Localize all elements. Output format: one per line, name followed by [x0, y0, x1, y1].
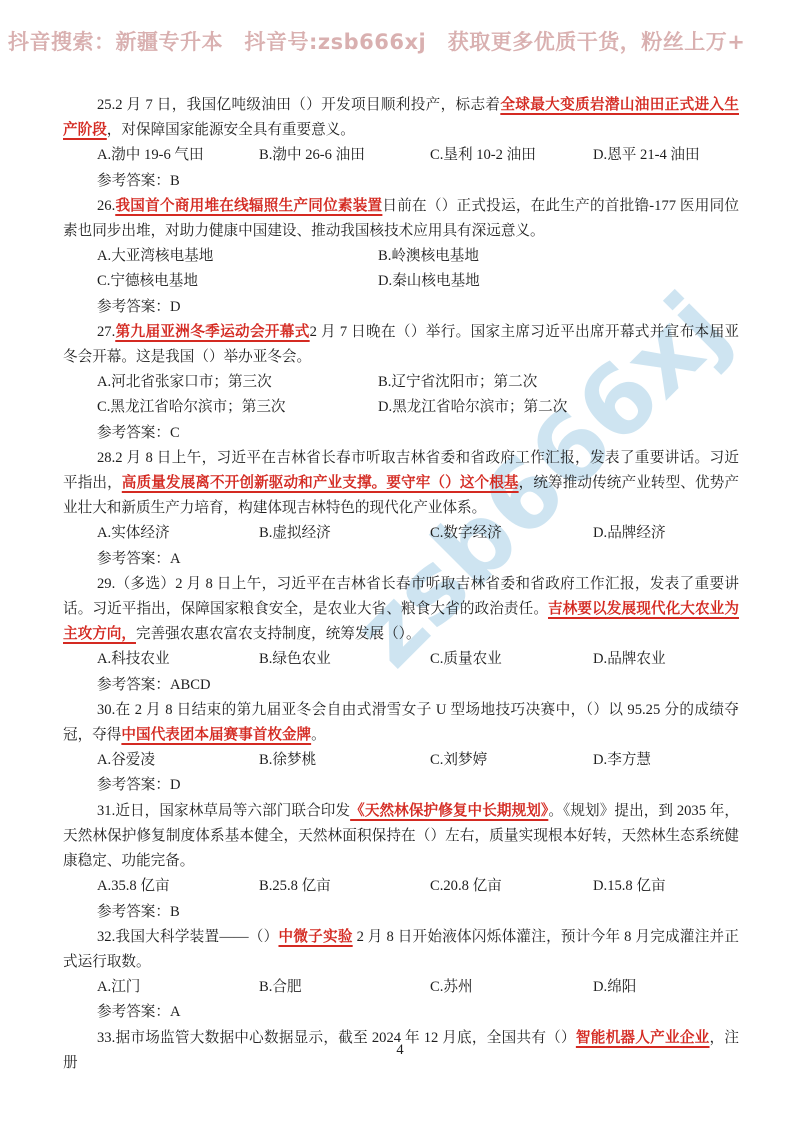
answer-prefix: 参考答案：	[97, 299, 170, 315]
option: C.刘梦婷	[430, 748, 593, 773]
question-block: 26.我国首个商用堆在线辐照生产同位素装置日前在（）正式投运，在此生产的首批镥-…	[63, 194, 739, 320]
question-plain-text: 。	[311, 727, 326, 743]
answer-line: 参考答案：D	[97, 295, 739, 320]
question-block: 27.第九届亚洲冬季运动会开幕式2 月 7 日晚在（）举行。国家主席习近平出席开…	[63, 320, 739, 446]
option: D.恩平 21-4 油田	[593, 143, 739, 168]
page-number: 4	[0, 1042, 800, 1059]
option: C.苏州	[430, 975, 593, 1000]
question-highlight-text: 中国代表团本届赛事首枚金牌	[121, 727, 311, 743]
question-highlight-text: 《天然林保护修复中长期规划》	[350, 803, 548, 819]
options-row: A.实体经济B.虚拟经济C.数字经济D.品牌经济	[97, 521, 739, 546]
answer-prefix: 参考答案：	[97, 677, 170, 693]
answer-value: D	[170, 299, 181, 315]
answer-line: 参考答案：C	[97, 421, 739, 446]
options-row: A.科技农业B.绿色农业C.质量农业D.品牌农业	[97, 647, 739, 672]
question-block: 25.2 月 7 日，我国亿吨级油田（）开发项目顺利投产，标志着全球最大变质岩潜…	[63, 93, 739, 194]
header-watermark-text: 抖音搜索：新疆专升本 抖音号:zsb666xj 获取更多优质干货，粉丝上万+	[8, 26, 798, 56]
option: A.河北省张家口市；第三次	[97, 370, 378, 395]
document-page: 抖音搜索：新疆专升本 抖音号:zsb666xj 获取更多优质干货，粉丝上万+ z…	[0, 0, 800, 1131]
option: C.黑龙江省哈尔滨市；第三次	[97, 395, 378, 420]
question-text: 31.近日，国家林草局等六部门联合印发《天然林保护修复中长期规划》。《规划》提出…	[63, 799, 739, 875]
option: D.黑龙江省哈尔滨市；第二次	[378, 395, 739, 420]
question-text: 32.我国大科学装置——（）中微子实验 2 月 8 日开始液体闪烁体灌注，预计今…	[63, 925, 739, 975]
question-plain-text: 完善强农惠农富农支持制度，统筹发展（）。	[136, 626, 421, 642]
answer-value: D	[170, 777, 181, 793]
option: B.绿色农业	[259, 647, 430, 672]
option: D.品牌农业	[593, 647, 739, 672]
answer-value: ABCD	[170, 677, 211, 693]
question-plain-text: 31.近日，国家林草局等六部门联合印发	[97, 803, 350, 819]
answer-prefix: 参考答案：	[97, 173, 170, 189]
question-highlight-text: 高质量发展离不开创新驱动和产业支撑。要守牢（）这个根基	[122, 475, 519, 491]
question-text: 25.2 月 7 日，我国亿吨级油田（）开发项目顺利投产，标志着全球最大变质岩潜…	[63, 93, 739, 143]
answer-prefix: 参考答案：	[97, 425, 170, 441]
question-block: 29.（多选）2 月 8 日上午，习近平在吉林省长春市听取吉林省委和省政府工作汇…	[63, 572, 739, 698]
option: C.宁德核电基地	[97, 269, 378, 294]
question-text: 30.在 2 月 8 日结束的第九届亚冬会自由式滑雪女子 U 型场地技巧决赛中，…	[63, 698, 739, 748]
option: C.20.8 亿亩	[430, 874, 593, 899]
answer-value: C	[170, 425, 180, 441]
option: D.李方慧	[593, 748, 739, 773]
answer-line: 参考答案：A	[97, 547, 739, 572]
option: A.科技农业	[97, 647, 259, 672]
question-text: 29.（多选）2 月 8 日上午，习近平在吉林省长春市听取吉林省委和省政府工作汇…	[63, 572, 739, 648]
option: D.品牌经济	[593, 521, 739, 546]
answer-value: A	[170, 551, 181, 567]
option: D.绵阳	[593, 975, 739, 1000]
option: B.25.8 亿亩	[259, 874, 430, 899]
question-block: 28.2 月 8 日上午，习近平在吉林省长春市听取吉林省委和省政府工作汇报，发表…	[63, 446, 739, 572]
answer-value: B	[170, 904, 180, 920]
question-block: 31.近日，国家林草局等六部门联合印发《天然林保护修复中长期规划》。《规划》提出…	[63, 799, 739, 925]
option: A.35.8 亿亩	[97, 874, 259, 899]
answer-prefix: 参考答案：	[97, 904, 170, 920]
options-row: A.河北省张家口市；第三次B.辽宁省沈阳市；第二次C.黑龙江省哈尔滨市；第三次D…	[97, 370, 739, 420]
option: B.合肥	[259, 975, 430, 1000]
answer-line: 参考答案：B	[97, 900, 739, 925]
questions-list: 25.2 月 7 日，我国亿吨级油田（）开发项目顺利投产，标志着全球最大变质岩潜…	[63, 93, 739, 1076]
question-text: 26.我国首个商用堆在线辐照生产同位素装置日前在（）正式投运，在此生产的首批镥-…	[63, 194, 739, 244]
option: A.渤中 19-6 气田	[97, 143, 259, 168]
question-highlight-text: 第九届亚洲冬季运动会开幕式	[115, 324, 309, 340]
answer-value: A	[170, 1004, 181, 1020]
question-plain-text: 32.我国大科学装置——（）	[97, 929, 278, 945]
option: A.江门	[97, 975, 259, 1000]
question-block: 32.我国大科学装置——（）中微子实验 2 月 8 日开始液体闪烁体灌注，预计今…	[63, 925, 739, 1026]
question-plain-text: 25.2 月 7 日，我国亿吨级油田（）开发项目顺利投产，标志着	[97, 97, 500, 113]
option: B.辽宁省沈阳市；第二次	[378, 370, 739, 395]
answer-value: B	[170, 173, 180, 189]
options-row: A.渤中 19-6 气田B.渤中 26-6 油田C.垦利 10-2 油田D.恩平…	[97, 143, 739, 168]
option: D.15.8 亿亩	[593, 874, 739, 899]
question-plain-text: 27.	[97, 324, 115, 340]
option: B.岭澳核电基地	[378, 244, 739, 269]
option: D.秦山核电基地	[378, 269, 739, 294]
option: B.渤中 26-6 油田	[259, 143, 430, 168]
option: A.大亚湾核电基地	[97, 244, 378, 269]
question-highlight-text: 我国首个商用堆在线辐照生产同位素装置	[115, 198, 382, 214]
question-block: 30.在 2 月 8 日结束的第九届亚冬会自由式滑雪女子 U 型场地技巧决赛中，…	[63, 698, 739, 799]
question-plain-text: 26.	[97, 198, 115, 214]
option: C.质量农业	[430, 647, 593, 672]
question-text: 28.2 月 8 日上午，习近平在吉林省长春市听取吉林省委和省政府工作汇报，发表…	[63, 446, 739, 522]
option: B.虚拟经济	[259, 521, 430, 546]
option: A.实体经济	[97, 521, 259, 546]
option: C.垦利 10-2 油田	[430, 143, 593, 168]
answer-line: 参考答案：B	[97, 169, 739, 194]
options-row: A.江门B.合肥C.苏州D.绵阳	[97, 975, 739, 1000]
options-row: A.谷爱凌B.徐梦桃C.刘梦婷D.李方慧	[97, 748, 739, 773]
question-highlight-text: 中微子实验	[278, 929, 352, 945]
answer-prefix: 参考答案：	[97, 777, 170, 793]
option: C.数字经济	[430, 521, 593, 546]
answer-prefix: 参考答案：	[97, 551, 170, 567]
option: A.谷爱凌	[97, 748, 259, 773]
options-row: A.35.8 亿亩B.25.8 亿亩C.20.8 亿亩D.15.8 亿亩	[97, 874, 739, 899]
options-row: A.大亚湾核电基地B.岭澳核电基地C.宁德核电基地D.秦山核电基地	[97, 244, 739, 294]
answer-line: 参考答案：A	[97, 1000, 739, 1025]
answer-line: 参考答案：ABCD	[97, 673, 739, 698]
answer-line: 参考答案：D	[97, 773, 739, 798]
question-plain-text: ，对保障国家能源安全具有重要意义。	[107, 122, 355, 138]
answer-prefix: 参考答案：	[97, 1004, 170, 1020]
option: B.徐梦桃	[259, 748, 430, 773]
question-text: 27.第九届亚洲冬季运动会开幕式2 月 7 日晚在（）举行。国家主席习近平出席开…	[63, 320, 739, 370]
